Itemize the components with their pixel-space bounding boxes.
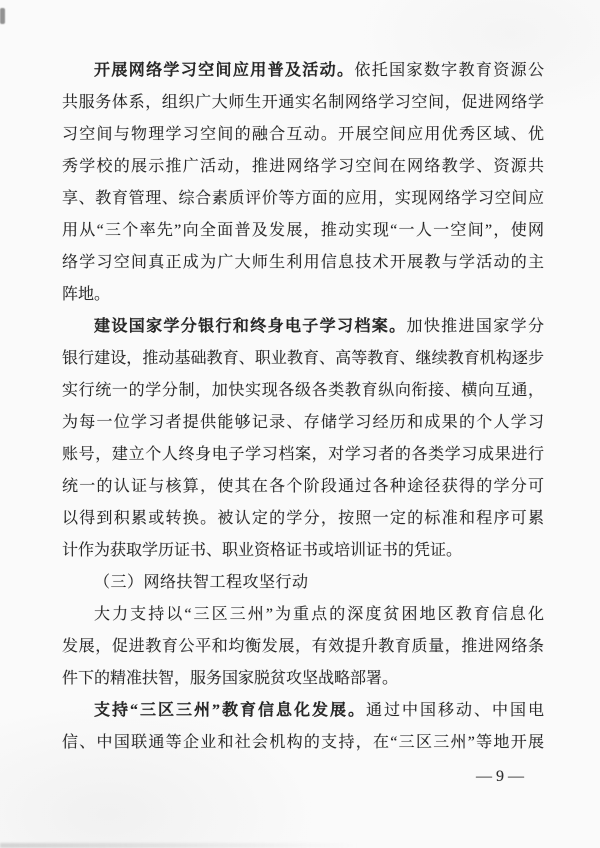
line-text: 通过中国移动、中国电 (366, 702, 544, 719)
text-line: 秀学校的展示推广活动，推进网络学习空间在网络教学、资源共 (62, 151, 544, 183)
document-body: 开展网络学习空间应用普及活动。依托国家数字教育资源公 共服务体系，组织广大师生开… (62, 55, 544, 793)
text-line: 银行建设，推动基础教育、职业教育、高等教育、继续教育机构逐步 (62, 343, 544, 375)
text-line: 账号，建立个人终身电子学习档案，对学习者的各类学习成果进行 (62, 439, 544, 471)
scan-artifact-smudge (0, 843, 360, 848)
text-line: 用从“三个率先”向全面普及发展，推动实现“一人一空间”，使网 (62, 215, 544, 247)
bold-lead-sentence: 支持“三区三州”教育信息化发展。 (94, 702, 366, 719)
section-heading: （三）网络扶智工程攻坚行动 (62, 567, 544, 599)
text-line: 建设国家学分银行和终身电子学习档案。加快推进国家学分 (62, 311, 544, 343)
text-line: 为每一位学习者提供能够记录、存储学习经历和成果的个人学习 (62, 407, 544, 439)
bold-lead-sentence: 开展网络学习空间应用普及活动。 (94, 62, 354, 79)
bold-lead-sentence: 建设国家学分银行和终身电子学习档案。 (94, 318, 406, 335)
text-line: 实行统一的学分制，加快实现各级各类教育纵向衔接、横向互通， (62, 375, 544, 407)
text-line: 大力支持以“三区三州”为重点的深度贫困地区教育信息化 (62, 599, 544, 631)
line-text: 依托国家数字教育资源公 (354, 62, 544, 79)
text-line: 共服务体系，组织广大师生开通实名制网络学习空间，促进网络学 (62, 87, 544, 119)
text-line: 计作为获取学历证书、职业资格证书或培训证书的凭证。 (62, 535, 544, 567)
text-line: 习空间与物理学习空间的融合互动。开展空间应用优秀区域、优 (62, 119, 544, 151)
text-line: 支持“三区三州”教育信息化发展。通过中国移动、中国电 (62, 695, 544, 727)
text-line: 阵地。 (62, 279, 544, 311)
text-line: 信、中国联通等企业和社会机构的支持，在“三区三州”等地开展 (62, 727, 544, 759)
text-line: 开展网络学习空间应用普及活动。依托国家数字教育资源公 (62, 55, 544, 87)
page-number: — 9 — (62, 761, 544, 793)
text-line: 统一的认证与核算，使其在各个阶段通过各种途径获得的学分可 (62, 471, 544, 503)
text-line: 发展，促进教育公平和均衡发展，有效提升教育质量，推进网络条 (62, 631, 544, 663)
text-line: 以得到积累或转换。被认定的学分，按照一定的标准和程序可累 (62, 503, 544, 535)
text-line: 件下的精准扶智，服务国家脱贫攻坚战略部署。 (62, 663, 544, 695)
text-line: 络学习空间真正成为广大师生利用信息技术开展教与学活动的主 (62, 247, 544, 279)
scan-artifact-speck (0, 8, 5, 24)
text-line: 享、教育管理、综合素质评价等方面的应用，实现网络学习空间应 (62, 183, 544, 215)
line-text: 加快推进国家学分 (406, 318, 544, 335)
